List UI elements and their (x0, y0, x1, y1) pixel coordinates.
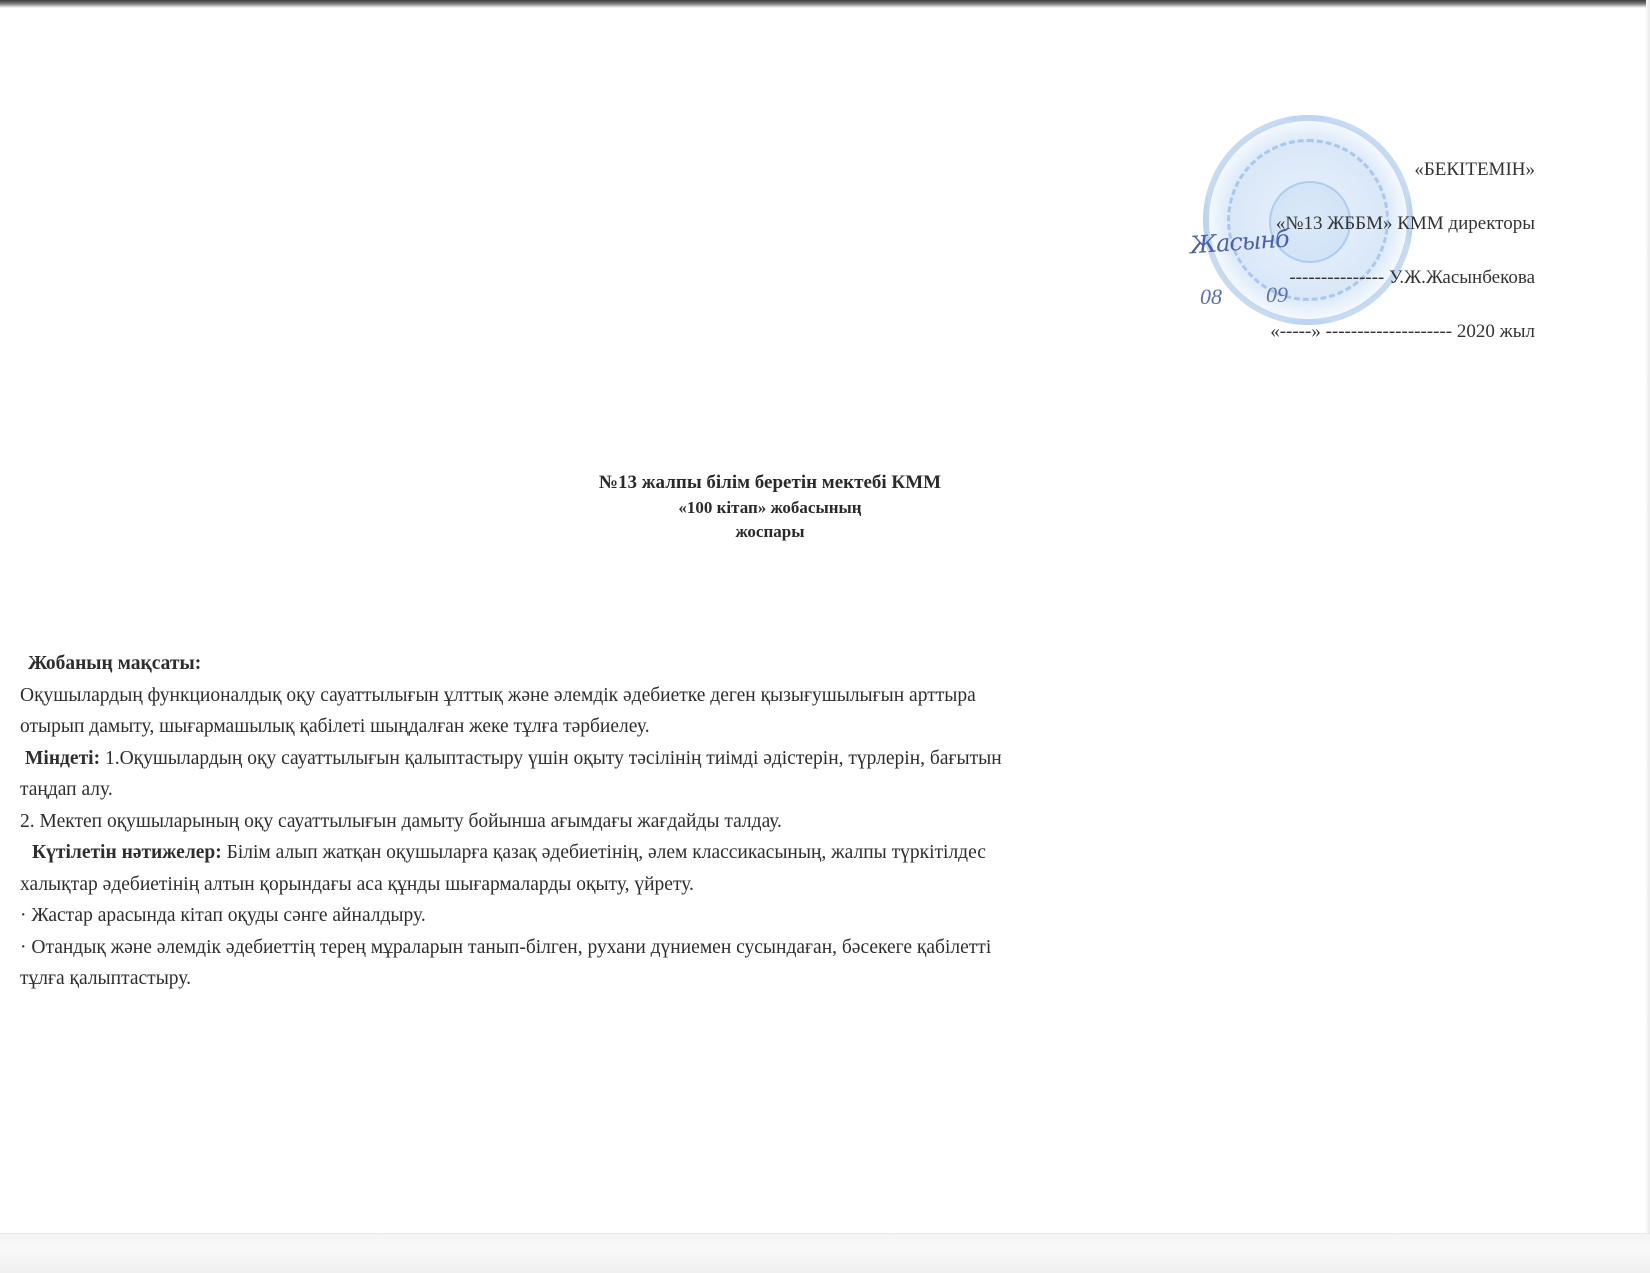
results-label: Күтілетін нәтижелер: (32, 842, 222, 863)
bullet-item-2: · Отандық және әлемдік әдебиеттің терең … (20, 932, 1480, 964)
handwritten-date-day: 08 (1200, 284, 1222, 310)
task-label: Міндеті: (25, 748, 100, 769)
task-paragraph: Міндеті: 1.Оқушылардың оқу сауаттылығын … (20, 743, 1480, 775)
goal-text-line-2: отырып дамыту, шығармашылық қабілеті шың… (20, 711, 1480, 743)
task-2-text: 2. Мектеп оқушыларының оқу сауаттылығын … (20, 806, 1480, 838)
bullet-item-1: · Жастар арасында кітап оқуды сәнге айна… (20, 900, 1480, 932)
title-line-project: «100 кітап» жобасының (540, 496, 1000, 520)
document-body: Жобаның мақсаты: Оқушылардың функционалд… (20, 648, 1480, 995)
title-line-school: №13 жалпы білім беретін мектебі КММ (540, 470, 1000, 496)
results-text-2: халықтар әдебиетінің алтын қорындағы аса… (20, 869, 1480, 901)
scan-edge-top (0, 0, 1650, 8)
scan-edge-right (1646, 0, 1650, 1273)
scan-edge-bottom (0, 1233, 1650, 1273)
goal-text-line-1: Оқушылардың функционалдық оқу сауаттылығ… (20, 680, 1480, 712)
title-line-plan: жоспары (540, 520, 1000, 544)
goal-heading: Жобаның мақсаты: (20, 648, 1480, 680)
task-1-text: 1.Оқушылардың оқу сауаттылығын қалыптаст… (100, 748, 1002, 769)
document-title: №13 жалпы білім беретін мектебі КММ «100… (540, 470, 1000, 544)
results-text-1: Білім алып жатқан оқушыларға қазақ әдеби… (222, 842, 986, 863)
results-paragraph: Күтілетін нәтижелер: Білім алып жатқан о… (20, 837, 1480, 869)
bullet-item-2-continuation: тұлға қалыптастыру. (20, 963, 1480, 995)
approval-date: «-----» -------------------- 2020 жыл (1135, 305, 1535, 359)
task-1-continuation: таңдап алу. (20, 774, 1480, 806)
handwritten-date-month: 09 (1266, 282, 1288, 308)
approval-heading: «БЕКІТЕМІН» (1135, 143, 1535, 197)
